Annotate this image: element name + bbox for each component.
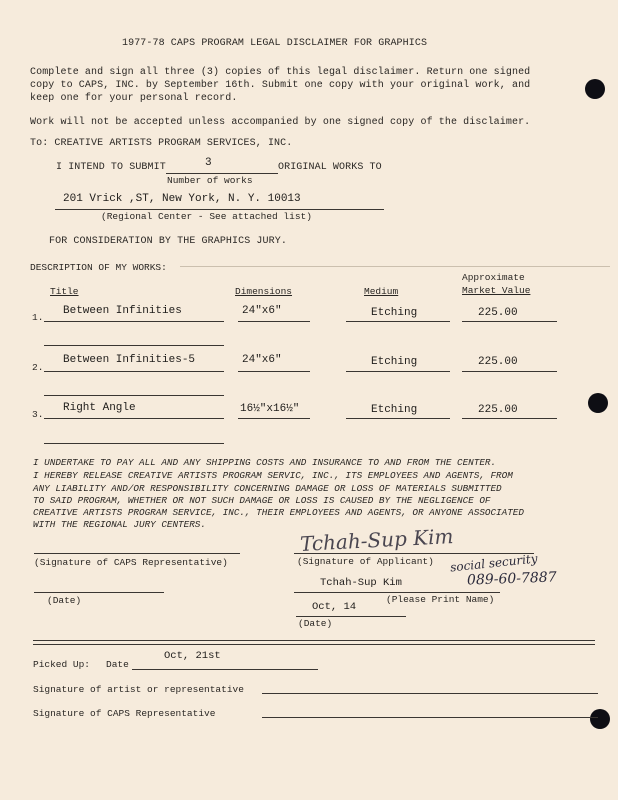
consideration-line: FOR CONSIDERATION BY THE GRAPHICS JURY. — [49, 236, 287, 247]
header-title: Title — [50, 286, 79, 297]
instructions-line-3: keep one for your personal record. — [30, 93, 237, 104]
pickup-date-label: Date — [106, 659, 129, 670]
regional-center-underline — [55, 209, 384, 210]
row-3-medium[interactable]: Etching — [371, 404, 417, 416]
instructions-line-1: Complete and sign all three (3) copies o… — [30, 67, 530, 78]
picked-up-label: Picked Up: — [33, 659, 90, 670]
release-line-1: I UNDERTAKE TO PAY ALL AND ANY SHIPPING … — [33, 457, 496, 468]
acceptance-warning: Work will not be accepted unless accompa… — [30, 117, 530, 128]
printed-name-label: (Please Print Name) — [386, 594, 494, 605]
row-1-value-line — [462, 321, 557, 322]
row-2-number: 2. — [32, 362, 43, 373]
row-3-dimensions[interactable]: 16½"x16½" — [240, 403, 299, 415]
regional-center-field[interactable]: 201 Vrick ,ST, New York, N. Y. 10013 — [63, 193, 301, 205]
row-1-dimensions-line — [238, 321, 310, 322]
row-2-title-line — [44, 371, 224, 372]
works-section-label: DESCRIPTION OF MY WORKS: — [30, 262, 167, 273]
caps-rep-date-line — [34, 592, 164, 593]
pickup-date-field[interactable]: Oct, 21st — [164, 650, 221, 662]
addressee-line: To: CREATIVE ARTISTS PROGRAM SERVICES, I… — [30, 138, 292, 149]
number-of-works-underline — [166, 173, 278, 174]
row-1-value[interactable]: 225.00 — [478, 307, 518, 319]
intent-prefix: I INTEND TO SUBMIT — [56, 162, 166, 173]
applicant-date-label: (Date) — [298, 618, 332, 629]
applicant-signature-label: (Signature of Applicant) — [297, 556, 434, 567]
pickup-date-line — [132, 669, 318, 670]
caps-rep-signature-line — [34, 553, 240, 554]
row-3-medium-line — [346, 418, 450, 419]
row-3-value[interactable]: 225.00 — [478, 404, 518, 416]
applicant-date-field[interactable]: Oct, 14 — [312, 601, 356, 613]
row-2-dimensions[interactable]: 24"x6" — [242, 354, 282, 366]
disclaimer-form: 1977-78 CAPS PROGRAM LEGAL DISCLAIMER FO… — [0, 0, 618, 800]
header-value-line2: Market Value — [462, 285, 530, 296]
applicant-signature-line — [294, 553, 534, 554]
row-1-title-line — [44, 321, 224, 322]
row-1-medium-line — [346, 321, 450, 322]
artist-signature-label: Signature of artist or representative — [33, 684, 244, 695]
document-title: 1977-78 CAPS PROGRAM LEGAL DISCLAIMER FO… — [122, 38, 427, 49]
row-2-medium-line — [346, 371, 450, 372]
row-1-title-extra-line — [44, 345, 224, 346]
handwritten-ssn-number: 089-60-7887 — [467, 569, 557, 588]
release-line-6: WITH THE REGIONAL JURY CENTERS. — [33, 519, 206, 530]
release-line-5: CREATIVE ARTISTS PROGRAM SERVICE, INC., … — [33, 507, 524, 518]
row-3-title-line — [44, 418, 224, 419]
row-1-title[interactable]: Between Infinities — [63, 305, 182, 317]
release-line-4: TO SAID PROGRAM, WHETHER OR NOT SUCH DAM… — [33, 495, 490, 506]
header-value-line1: Approximate — [462, 272, 525, 283]
row-3-title[interactable]: Right Angle — [63, 402, 136, 414]
row-2-value-line — [462, 371, 557, 372]
row-1-medium[interactable]: Etching — [371, 307, 417, 319]
caps-rep-date-label: (Date) — [47, 595, 81, 606]
section-rule-faint — [180, 266, 610, 267]
number-of-works-caption: Number of works — [167, 175, 253, 186]
header-dimensions: Dimensions — [235, 286, 292, 297]
row-2-medium[interactable]: Etching — [371, 356, 417, 368]
regional-center-caption: (Regional Center - See attached list) — [101, 211, 312, 222]
separator-double-rule-bottom — [33, 644, 595, 645]
row-3-number: 3. — [32, 409, 43, 420]
release-line-2: I HEREBY RELEASE CREATIVE ARTISTS PROGRA… — [33, 470, 513, 481]
applicant-date-line — [296, 616, 406, 617]
row-3-value-line — [462, 418, 557, 419]
row-3-dimensions-line — [238, 418, 310, 419]
row-1-number: 1. — [32, 312, 43, 323]
intent-suffix: ORIGINAL WORKS TO — [278, 162, 382, 173]
number-of-works-field[interactable]: 3 — [205, 157, 212, 169]
row-1-dimensions[interactable]: 24"x6" — [242, 305, 282, 317]
caps-pickup-signature-line — [262, 717, 598, 718]
caps-pickup-signature-label: Signature of CAPS Representative — [33, 708, 215, 719]
release-line-3: ANY LIABILITY AND/OR RESPONSIBILITY CONC… — [33, 483, 502, 494]
artist-signature-line — [262, 693, 598, 694]
punch-hole-middle — [588, 393, 608, 413]
row-2-value[interactable]: 225.00 — [478, 356, 518, 368]
row-2-title-extra-line — [44, 395, 224, 396]
row-3-title-extra-line — [44, 443, 224, 444]
instructions-line-2: copy to CAPS, INC. by September 16th. Su… — [30, 80, 530, 91]
row-2-title[interactable]: Between Infinities-5 — [63, 354, 195, 366]
punch-hole-top — [585, 79, 605, 99]
row-2-dimensions-line — [238, 371, 310, 372]
punch-hole-bottom — [590, 709, 610, 729]
printed-name-field[interactable]: Tchah-Sup Kim — [320, 577, 402, 589]
printed-name-line — [294, 592, 500, 593]
header-medium: Medium — [364, 286, 398, 297]
caps-rep-signature-label: (Signature of CAPS Representative) — [34, 557, 228, 568]
separator-double-rule-top — [33, 640, 595, 641]
applicant-signature[interactable]: Tchah-Sup Kim — [299, 524, 454, 556]
